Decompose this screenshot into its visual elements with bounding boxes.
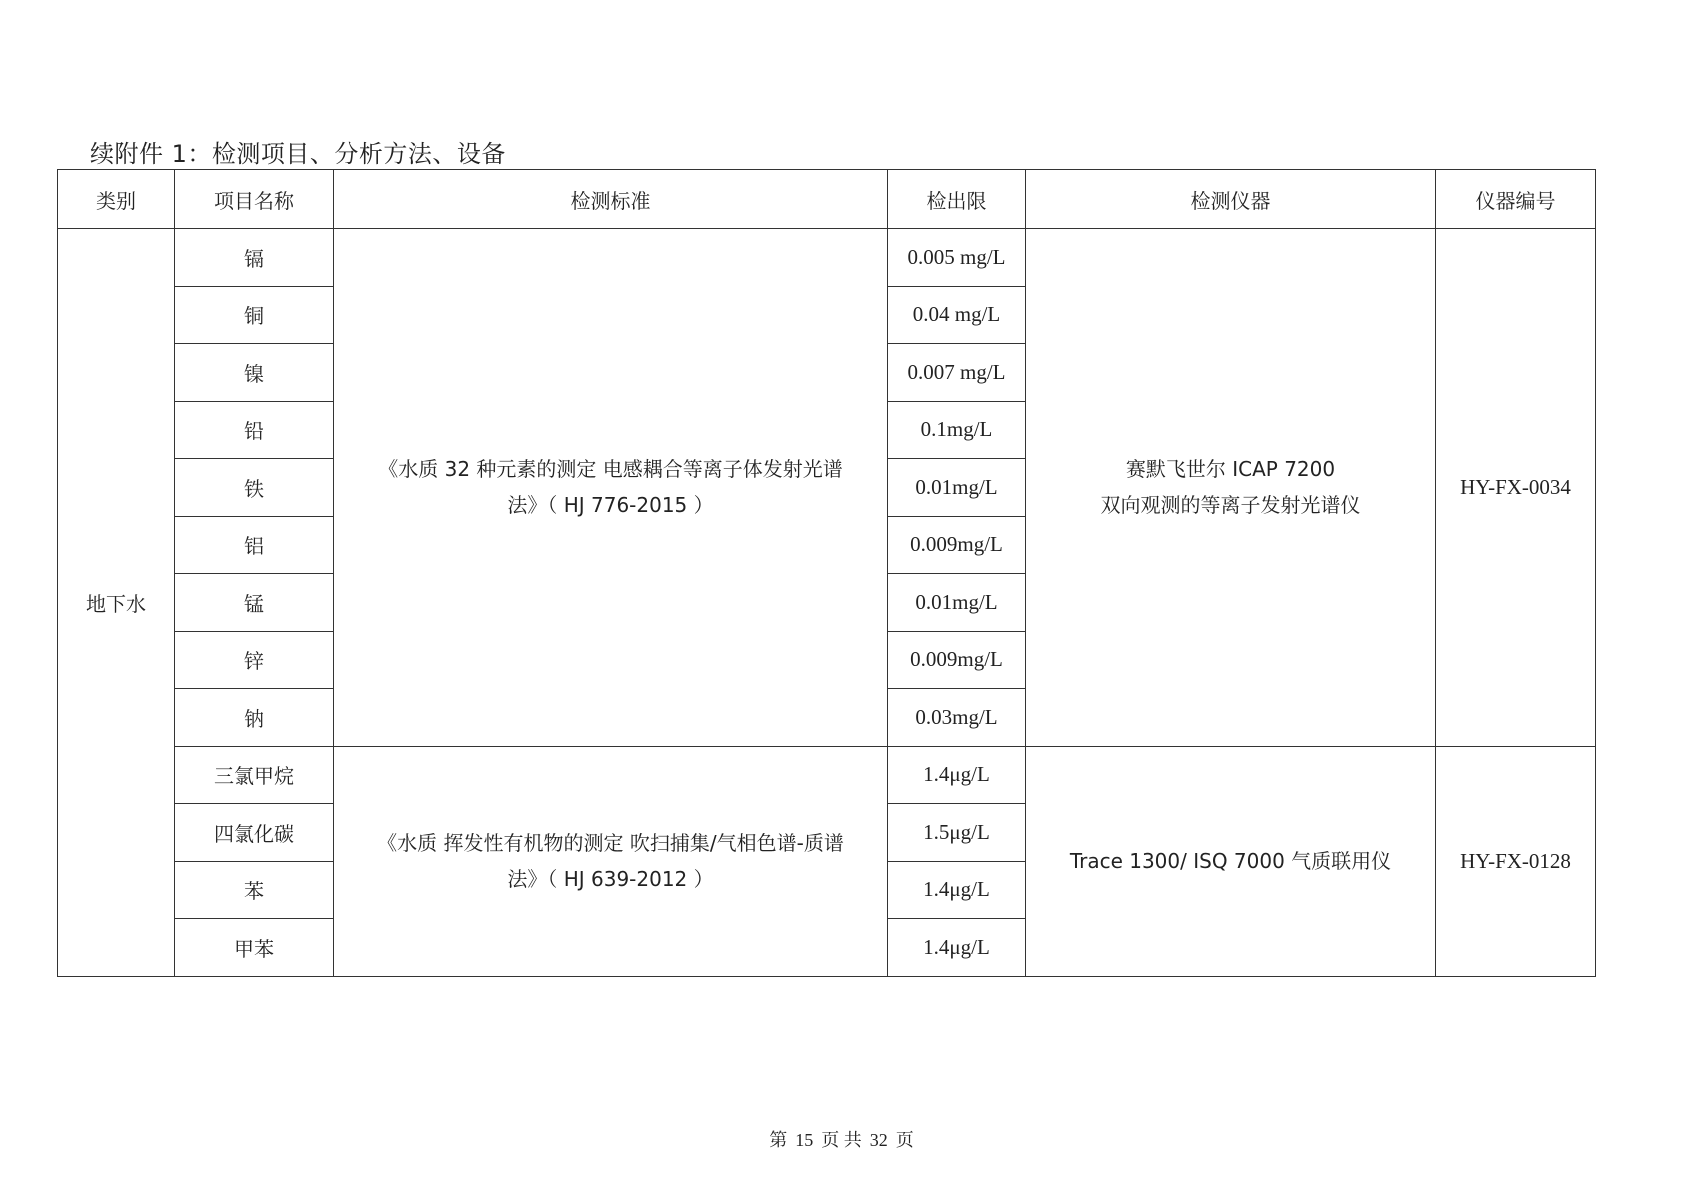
item-name: 三氯甲烷 (175, 746, 334, 804)
category-cell: 地下水 (58, 229, 175, 977)
footer-suffix: 页 (896, 1130, 914, 1150)
standard-line2: 法》（ HJ 639-2012 ） (507, 867, 713, 891)
header-detection-limit: 检出限 (888, 170, 1026, 229)
header-instrument-code: 仪器编号 (1436, 170, 1596, 229)
detection-limit: 1.4μg/L (888, 861, 1026, 919)
standard-line1: 《水质 32 种元素的测定 电感耦合等离子体发射光谱 (378, 457, 843, 481)
instrument-code: HY-FX-0128 (1436, 746, 1596, 976)
page-footer: 第15页 共32页 (0, 1126, 1683, 1152)
header-instrument: 检测仪器 (1026, 170, 1436, 229)
standard-line1: 《水质 挥发性有机物的测定 吹扫捕集/气相色谱-质谱 (377, 831, 844, 855)
footer-mid: 页 共 (821, 1130, 862, 1150)
detection-limit: 0.01mg/L (888, 574, 1026, 632)
item-name: 四氯化碳 (175, 804, 334, 862)
instrument-code: HY-FX-0034 (1436, 229, 1596, 747)
instrument-line1: Trace 1300/ ISQ 7000 气质联用仪 (1070, 849, 1391, 873)
instrument-line1: 赛默飞世尔 ICAP 7200 (1126, 457, 1335, 481)
page-number: 15 (795, 1130, 813, 1150)
detection-limit: 0.005 mg/L (888, 229, 1026, 287)
standard-line2: 法》（ HJ 776-2015 ） (507, 493, 713, 517)
item-name: 锰 (175, 574, 334, 632)
item-name: 镉 (175, 229, 334, 287)
instrument-cell: 赛默飞世尔 ICAP 7200双向观测的等离子发射光谱仪 (1026, 229, 1436, 747)
test-items-table: 类别 项目名称 检测标准 检出限 检测仪器 仪器编号 地下水 镉 《水质 32 … (57, 169, 1596, 977)
table-header-row: 类别 项目名称 检测标准 检出限 检测仪器 仪器编号 (58, 170, 1596, 229)
header-standard: 检测标准 (334, 170, 888, 229)
header-category: 类别 (58, 170, 175, 229)
detection-limit: 1.4μg/L (888, 746, 1026, 804)
detection-limit: 0.04 mg/L (888, 286, 1026, 344)
item-name: 铁 (175, 459, 334, 517)
table-row: 地下水 镉 《水质 32 种元素的测定 电感耦合等离子体发射光谱法》（ HJ 7… (58, 229, 1596, 287)
detection-limit: 0.009mg/L (888, 631, 1026, 689)
table-row: 三氯甲烷 《水质 挥发性有机物的测定 吹扫捕集/气相色谱-质谱法》（ HJ 63… (58, 746, 1596, 804)
footer-prefix: 第 (769, 1130, 787, 1150)
item-name: 锌 (175, 631, 334, 689)
detection-limit: 0.009mg/L (888, 516, 1026, 574)
item-name: 苯 (175, 861, 334, 919)
header-item-name: 项目名称 (175, 170, 334, 229)
detection-limit: 0.007 mg/L (888, 344, 1026, 402)
detection-limit: 0.1mg/L (888, 401, 1026, 459)
detection-limit: 0.01mg/L (888, 459, 1026, 517)
standard-cell: 《水质 挥发性有机物的测定 吹扫捕集/气相色谱-质谱法》（ HJ 639-201… (334, 746, 888, 976)
document-title: 续附件 1：检测项目、分析方法、设备 (90, 134, 506, 169)
standard-cell: 《水质 32 种元素的测定 电感耦合等离子体发射光谱法》（ HJ 776-201… (334, 229, 888, 747)
item-name: 铝 (175, 516, 334, 574)
item-name: 镍 (175, 344, 334, 402)
item-name: 铅 (175, 401, 334, 459)
total-pages: 32 (870, 1130, 888, 1150)
detection-limit: 1.5μg/L (888, 804, 1026, 862)
item-name: 甲苯 (175, 919, 334, 977)
detection-limit: 1.4μg/L (888, 919, 1026, 977)
detection-limit: 0.03mg/L (888, 689, 1026, 747)
item-name: 钠 (175, 689, 334, 747)
item-name: 铜 (175, 286, 334, 344)
instrument-line2: 双向观测的等离子发射光谱仪 (1101, 493, 1361, 517)
instrument-cell: Trace 1300/ ISQ 7000 气质联用仪 (1026, 746, 1436, 976)
